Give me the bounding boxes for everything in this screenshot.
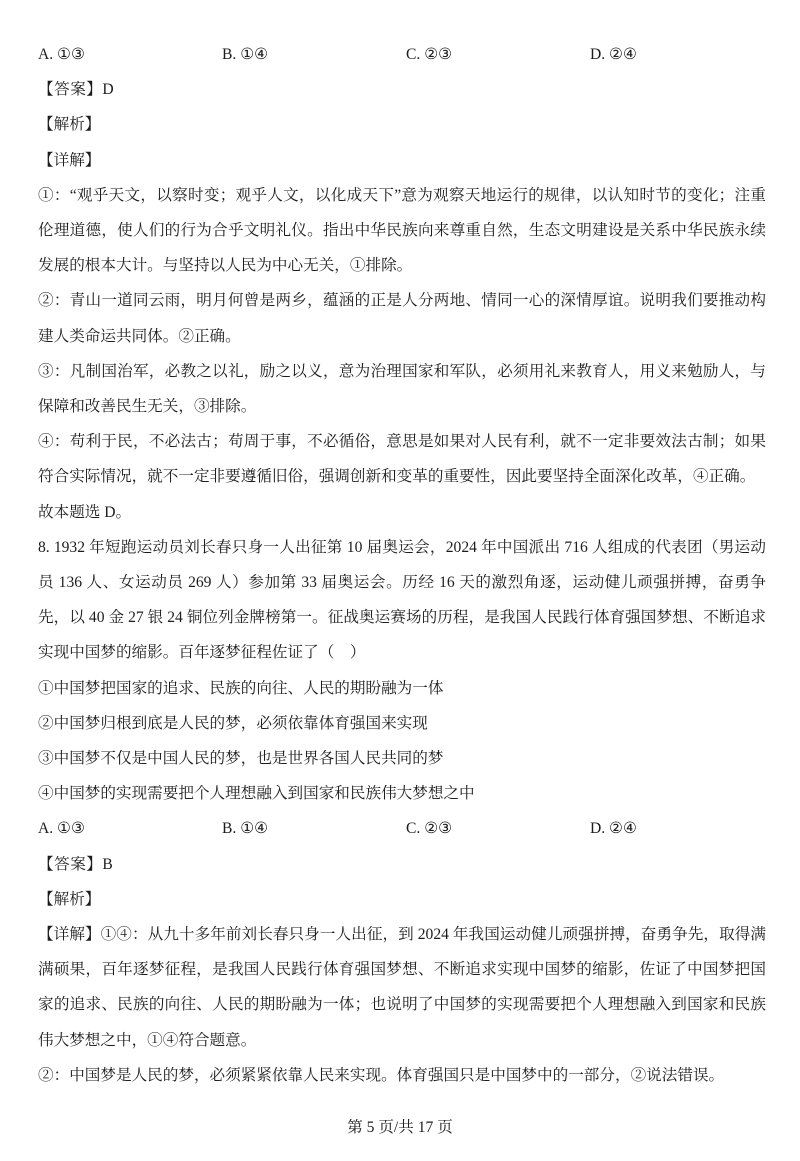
q8-statement-1: ①中国梦把国家的追求、民族的向往、人民的期盼融为一体 bbox=[38, 671, 766, 706]
q8-explanation-2: ②：中国梦是人民的梦，必须紧紧依靠人民来实现。体育强国只是中国梦中的一部分，②说… bbox=[38, 1058, 766, 1093]
q8-statement-3: ③中国梦不仅是中国人民的梦，也是世界各国人民共同的梦 bbox=[38, 741, 766, 776]
q8-option-d: D. ②④ bbox=[590, 811, 774, 846]
q7-option-a: A. ①③ bbox=[38, 37, 222, 72]
q8-detail-paragraph: 【详解】①④：从九十多年前刘长春只身一人出征，到 2024 年我国运动健儿顽强拼… bbox=[38, 917, 766, 1058]
q7-explanation-1: ①：“观乎天文，以察时变；观乎人文，以化成天下”意为观察天地运行的规律，以认知时… bbox=[38, 178, 766, 284]
page-footer: 第 5 页/共 17 页 bbox=[0, 1118, 800, 1138]
q8-options-row: A. ①③ B. ①④ C. ②③ D. ②④ bbox=[38, 811, 766, 846]
q7-conclusion: 故本题选 D。 bbox=[38, 495, 766, 530]
q7-answer-label: 【答案】 bbox=[38, 81, 102, 98]
q8-option-a: A. ①③ bbox=[38, 811, 222, 846]
q7-answer-value: D bbox=[102, 81, 113, 98]
q8-statement-4: ④中国梦的实现需要把个人理想融入到国家和民族伟大梦想之中 bbox=[38, 776, 766, 811]
q7-options-row: A. ①③ B. ①④ C. ②③ D. ②④ bbox=[38, 37, 766, 72]
q7-option-b: B. ①④ bbox=[222, 37, 406, 72]
q7-option-d: D. ②④ bbox=[590, 37, 774, 72]
detail-label: 【详解】 bbox=[38, 152, 100, 169]
q8-statement-2: ②中国梦归根到底是人民的梦，必须依靠体育强国来实现 bbox=[38, 706, 766, 741]
q8-analysis-label: 【解析】 bbox=[38, 882, 766, 917]
q8-answer-label: 【答案】 bbox=[38, 856, 102, 873]
q7-explanation-2: ②：青山一道同云雨，明月何曾是两乡，蕴涵的正是人分两地、情同一心的深情厚谊。说明… bbox=[38, 283, 766, 353]
q8-option-c: C. ②③ bbox=[406, 811, 590, 846]
analysis-label: 【解析】 bbox=[38, 891, 100, 908]
exam-answer-page: A. ①③ B. ①④ C. ②③ D. ②④ 【答案】D 【解析】 【详解】 … bbox=[0, 0, 800, 1161]
detail-text: ①④：从九十多年前刘长春只身一人出征，到 2024 年我国运动健儿顽强拼搏，奋勇… bbox=[38, 926, 766, 1049]
q7-explanation-3: ③：凡制国治军，必教之以礼，励之以义，意为治理国家和军队，必须用礼来教育人，用义… bbox=[38, 354, 766, 424]
q8-answer-value: B bbox=[102, 856, 112, 873]
q8-option-b: B. ①④ bbox=[222, 811, 406, 846]
q8-stem: 8. 1932 年短跑运动员刘长春只身一人出征第 10 届奥运会，2024 年中… bbox=[38, 530, 766, 671]
q7-answer-line: 【答案】D bbox=[38, 72, 766, 107]
detail-label: 【详解】 bbox=[38, 926, 101, 943]
q8-answer-line: 【答案】B bbox=[38, 847, 766, 882]
analysis-label: 【解析】 bbox=[38, 116, 100, 133]
q7-option-c: C. ②③ bbox=[406, 37, 590, 72]
q7-detail-label: 【详解】 bbox=[38, 143, 766, 178]
q7-explanation-4: ④：苟利于民，不必法古；苟周于事，不必循俗，意思是如果对人民有利，就不一定非要效… bbox=[38, 424, 766, 494]
q7-analysis-label: 【解析】 bbox=[38, 107, 766, 142]
